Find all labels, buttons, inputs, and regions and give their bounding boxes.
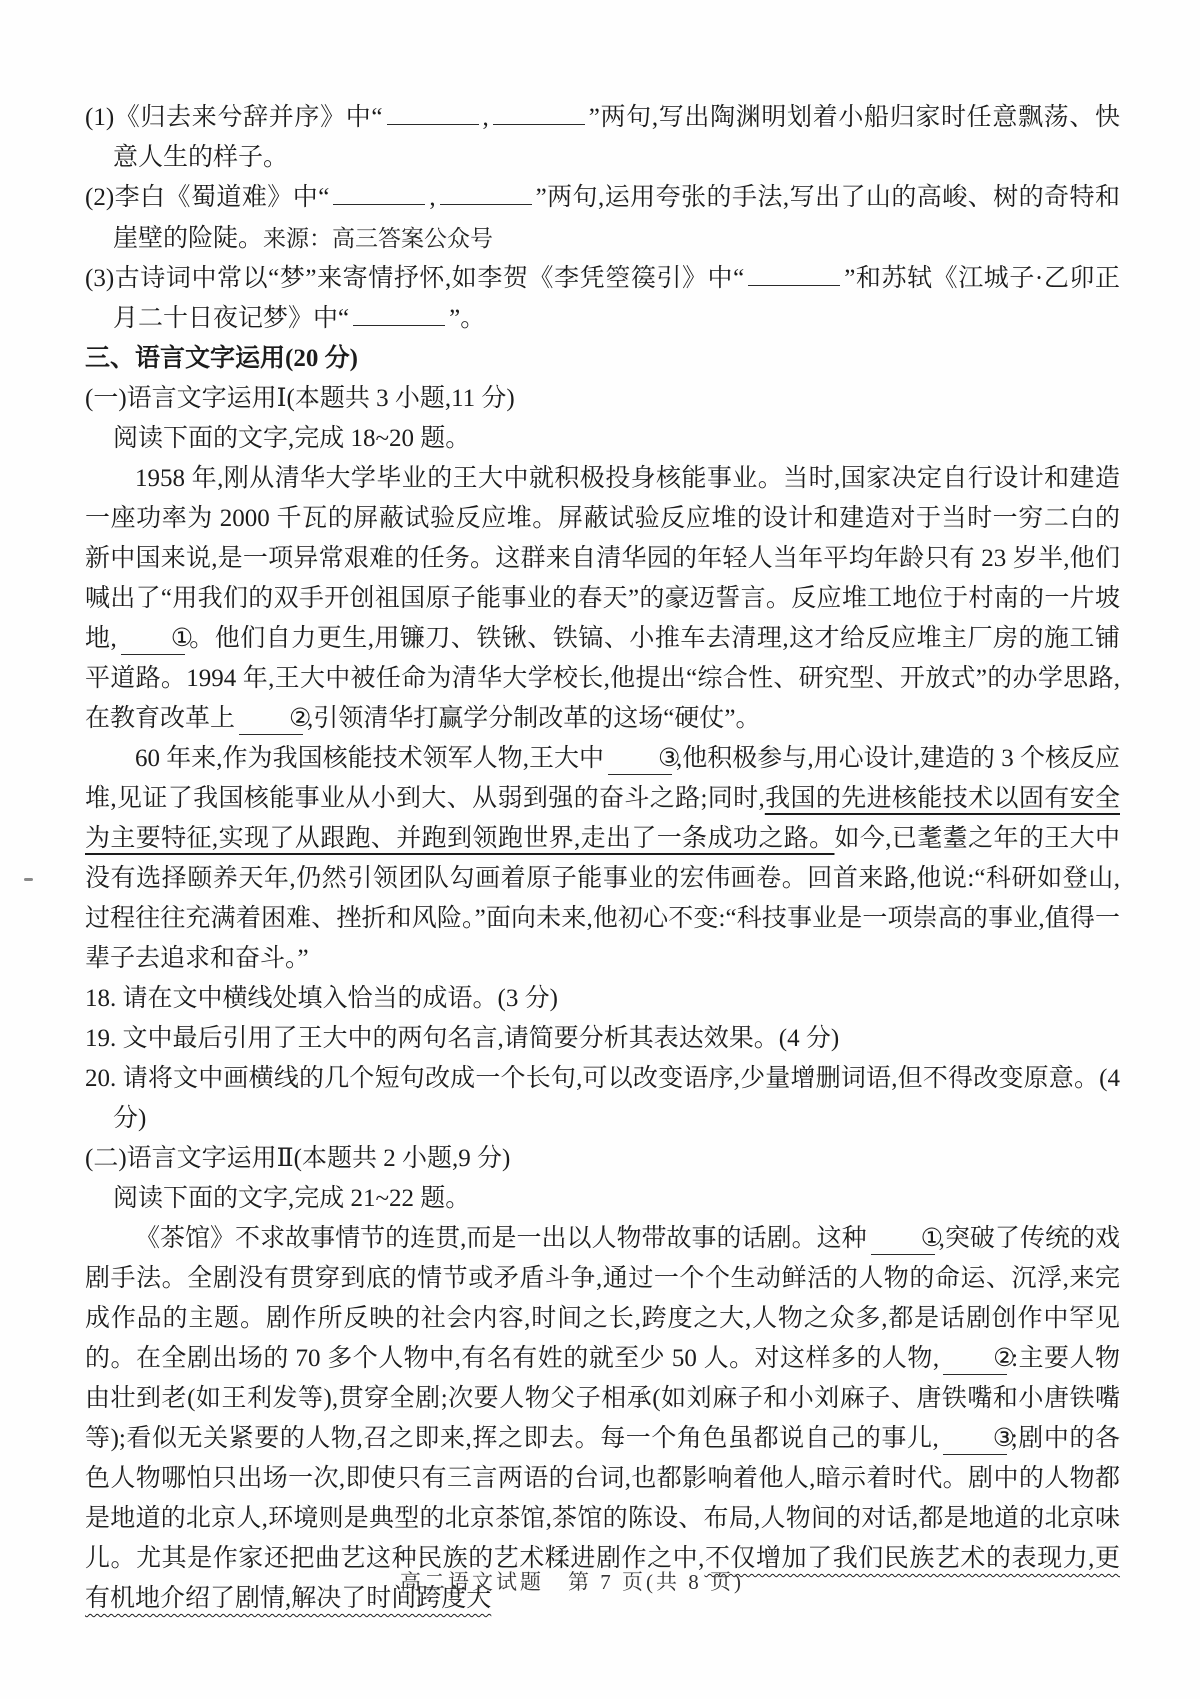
page-footer: 高二语文试题 第 7 页(共 8 页) xyxy=(0,1566,1172,1596)
question-18: 18. 请在文中横线处填入恰当的成语。(3 分) xyxy=(85,979,1120,1019)
p3-text-1: 《茶馆》不求故事情节的连贯,而是一出以人物带故事的话剧。这种 xyxy=(135,1225,867,1252)
question-19: 19. 文中最后引用了王大中的两句名言,请简要分析其表达效果。(4 分) xyxy=(85,1019,1120,1059)
p3-blank-2: ② xyxy=(943,1343,1007,1375)
q3-text-post: ”。 xyxy=(449,305,485,332)
q2-comma: , xyxy=(429,184,435,211)
part2-lead: 阅读下面的文字,完成 21~22 题。 xyxy=(85,1179,1120,1219)
q1-comma: , xyxy=(483,104,489,131)
question-20: 20. 请将文中画横线的几个短句改成一个长句,可以改变语序,少量增删词语,但不得… xyxy=(85,1059,1120,1139)
q2-blank-1 xyxy=(333,179,425,205)
scan-artifact-mark xyxy=(24,878,33,881)
exam-page: (1)《归去来兮辞并序》中“,”两句,写出陶渊明划着小船归家时任意飘荡、快意人生… xyxy=(0,0,1200,1699)
fill-question-3: (3)古诗词中常以“梦”来寄情抒怀,如李贺《李凭箜篌引》中“”和苏轼《江城子·乙… xyxy=(85,259,1120,339)
q1-blank-1 xyxy=(387,99,479,125)
part1-lead: 阅读下面的文字,完成 18~20 题。 xyxy=(85,419,1120,459)
fill-question-2: (2)李白《蜀道难》中“,”两句,运用夸张的手法,写出了山的高峻、树的奇特和崖壁… xyxy=(85,178,1120,259)
q2-blank-2 xyxy=(440,179,532,205)
p3-blank-3: ③ xyxy=(943,1423,1007,1455)
passage2-paragraph: 《茶馆》不求故事情节的连贯,而是一出以人物带故事的话剧。这种①,突破了传统的戏剧… xyxy=(85,1219,1120,1619)
q1-blank-2 xyxy=(493,99,585,125)
p2-text-1: 60 年来,作为我国核能技术领军人物,王大中 xyxy=(135,745,604,772)
source-watermark: 来源：高三答案公众号 xyxy=(263,225,493,251)
passage1-paragraph-1: 1958 年,刚从清华大学毕业的王大中就积极投身核能事业。当时,国家决定自行设计… xyxy=(85,459,1120,739)
q3-blank-1 xyxy=(748,260,840,286)
q1-text-pre: (1)《归去来兮辞并序》中“ xyxy=(85,104,383,131)
section-heading: 三、语言文字运用(20 分) xyxy=(85,339,1120,379)
q2-text-pre: (2)李白《蜀道难》中“ xyxy=(85,184,329,211)
p3-blank-1: ① xyxy=(871,1223,935,1255)
q3-text-pre: (3)古诗词中常以“梦”来寄情抒怀,如李贺《李凭箜篌引》中“ xyxy=(85,265,744,292)
fill-question-1: (1)《归去来兮辞并序》中“,”两句,写出陶渊明划着小船归家时任意飘荡、快意人生… xyxy=(85,98,1120,178)
page-content: (1)《归去来兮辞并序》中“,”两句,写出陶渊明划着小船归家时任意飘荡、快意人生… xyxy=(85,98,1120,1619)
passage1-paragraph-2: 60 年来,作为我国核能技术领军人物,王大中③,他积极参与,用心设计,建造的 3… xyxy=(85,739,1120,979)
p1-text-1: 1958 年,刚从清华大学毕业的王大中就积极投身核能事业。当时,国家决定自行设计… xyxy=(85,465,1120,652)
p1-blank-2: ② xyxy=(239,703,303,735)
p1-blank-1: ① xyxy=(121,623,185,655)
part2-heading: (二)语言文字运用Ⅱ(本题共 2 小题,9 分) xyxy=(85,1139,1120,1179)
q3-blank-2 xyxy=(353,300,445,326)
part1-heading: (一)语言文字运用Ⅰ(本题共 3 小题,11 分) xyxy=(85,379,1120,419)
p1-text-3: ,引领清华打赢学分制改革的这场“硬仗”。 xyxy=(307,705,760,732)
p2-blank-3: ③ xyxy=(608,743,672,775)
